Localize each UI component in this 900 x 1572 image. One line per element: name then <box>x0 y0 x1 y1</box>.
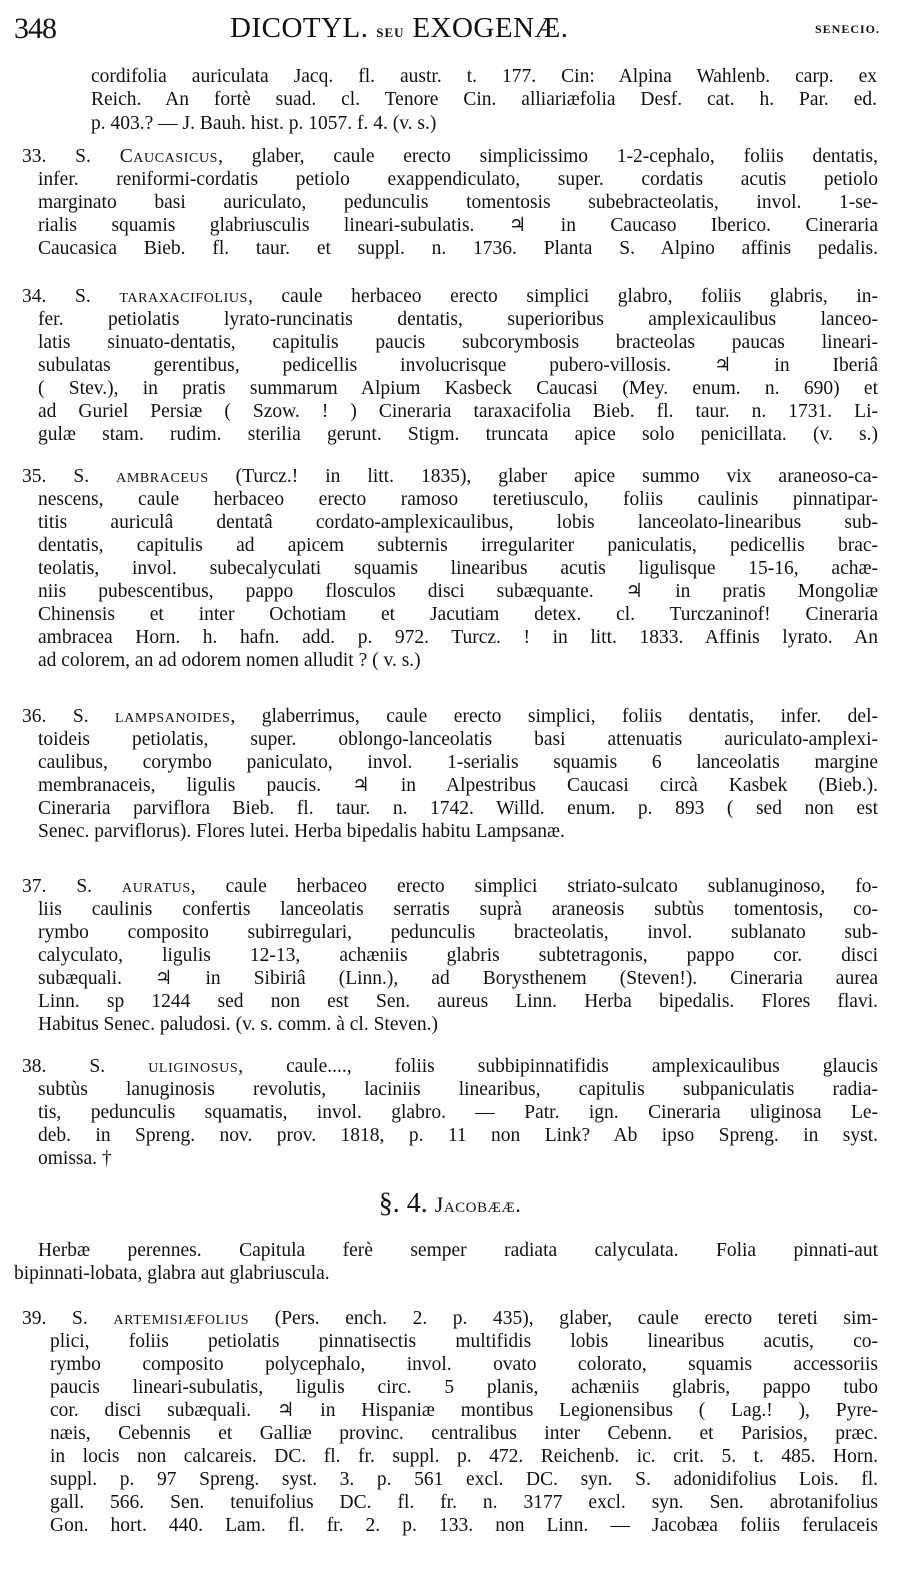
species-name: auratus <box>122 876 191 897</box>
text-line: marginato basi auriculato, pedunculis to… <box>38 192 878 214</box>
text-line: gall. 566. Sen. tenuifolius DC. fl. fr. … <box>50 1492 878 1514</box>
text-line: ( Stev.), in pratis summarum Alpium Kasb… <box>38 378 878 400</box>
entry-first-line: 39. S. artemisiæfolius (Pers. ench. 2. p… <box>22 1308 878 1330</box>
text-line: cordifolia auriculata Jacq. fl. austr. t… <box>91 66 877 88</box>
text-line: paucis lineari-subulatis, ligulis circ. … <box>50 1377 878 1399</box>
text-line: p. 403.? — J. Bauh. hist. p. 1057. f. 4.… <box>91 113 436 135</box>
text-line: Caucasica Bieb. fl. taur. et suppl. n. 1… <box>38 238 878 260</box>
text-line: latis sinuato-dentatis, capitulis paucis… <box>38 332 878 354</box>
text-line: ad colorem, an ad odorem nomen alludit ?… <box>38 650 421 672</box>
title-part1: DICOTYL. <box>230 12 369 44</box>
entry-number: 37. <box>22 876 46 897</box>
text-line: ambracea Horn. h. hafn. add. p. 972. Tur… <box>38 627 878 649</box>
text-line: calyculato, ligulis 12-13, achæniis glab… <box>38 945 878 967</box>
text-line: ad Guriel Persiæ ( Szow. ! ) Cineraria t… <box>38 401 878 423</box>
genus-label: SENECIO. <box>815 22 880 37</box>
text-line: , caule herbaceo erecto simplici striato… <box>191 876 878 897</box>
text-line: Gon. hort. 440. Lam. fl. fr. 2. p. 133. … <box>50 1515 878 1537</box>
entry-first-line: 38. S. uliginosus, caule...., foliis sub… <box>22 1056 878 1078</box>
running-header: 348 DICOTYL. seu EXOGENÆ. SENECIO. <box>0 10 900 50</box>
text-line: membranaceis, ligulis paucis. ♃ in Alpes… <box>38 775 878 797</box>
entry-number: 38. <box>22 1056 46 1077</box>
text-line: infer. reniformi-cordatis petiolo exappe… <box>38 169 878 191</box>
text-line: næis, Cebennis et Galliæ provinc. centra… <box>50 1423 878 1445</box>
text-line: liis caulinis confertis lanceolatis serr… <box>38 899 878 921</box>
entry-first-line: 34. S. taraxacifolius, caule herbaceo er… <box>22 286 878 308</box>
entry-first-line: 36. S. lampsanoides, glaberrimus, caule … <box>22 706 878 728</box>
text-line: rymbo composito polycephalo, invol. ovat… <box>50 1354 878 1376</box>
text-line: dentatis, capitulis ad apicem subternis … <box>38 535 878 557</box>
species-name: uliginosus <box>148 1056 238 1077</box>
text-line: tis, pedunculis squamatis, invol. glabro… <box>38 1102 878 1124</box>
text-line: Reich. An fortè suad. cl. Tenore Cin. al… <box>91 89 877 111</box>
text-line: suppl. p. 97 Spreng. syst. 3. p. 561 exc… <box>50 1469 878 1491</box>
running-title: DICOTYL. seu EXOGENÆ. <box>230 12 569 45</box>
text-line: rialis squamis glabriusculis lineari-sub… <box>38 215 878 237</box>
text-line: titis auriculâ dentatâ cordato-amplexica… <box>38 512 878 534</box>
section-symbol: §. 4. <box>379 1188 428 1219</box>
entry-first-line: 35. S. ambraceus (Turcz.! in litt. 1835)… <box>22 466 878 488</box>
text-line: , caule herbaceo erecto simplici glabro,… <box>248 286 878 307</box>
entry-number: 39. <box>22 1308 46 1329</box>
title-part2: seu <box>376 21 404 42</box>
species-name: ambraceus <box>116 466 209 487</box>
species-name: taraxacifolius <box>119 286 248 307</box>
genus-abbr: S. <box>76 876 92 897</box>
species-name: artemisiæfolius <box>113 1308 249 1329</box>
genus-abbr: S. <box>75 286 91 307</box>
section-heading: §. 4. Jacobææ. <box>0 1188 900 1220</box>
text-line: omissa. † <box>38 1148 112 1170</box>
text-line: (Turcz.! in litt. 1835), glaber apice su… <box>209 466 878 487</box>
text-line: Habitus Senec. paludosi. (v. s. comm. à … <box>38 1014 438 1036</box>
text-line: toideis petiolatis, super. oblongo-lance… <box>38 729 878 751</box>
section-intro-line: Herbæ perennes. Capitula ferè semper rad… <box>38 1240 878 1262</box>
entry-number: 36. <box>22 706 46 727</box>
text-line: niis pubescentibus, pappo flosculos disc… <box>38 581 878 603</box>
text-line: Chinensis et inter Ochotiam et Jacutiam … <box>38 604 878 626</box>
text-line: in locis non calcareis. DC. fl. fr. supp… <box>50 1446 878 1468</box>
genus-abbr: S. <box>89 1056 105 1077</box>
species-name: lampsanoides <box>115 706 230 727</box>
text-line: (Pers. ench. 2. p. 435), glaber, caule e… <box>249 1308 878 1329</box>
text-line: deb. in Spreng. nov. prov. 1818, p. 11 n… <box>38 1125 878 1147</box>
text-line: subtùs lanuginosis revolutis, laciniis l… <box>38 1079 878 1101</box>
genus-abbr: S. <box>72 1308 88 1329</box>
book-page: 348 DICOTYL. seu EXOGENÆ. SENECIO. cordi… <box>0 0 900 1572</box>
text-line: , caule...., foliis subbipinnatifidis am… <box>238 1056 878 1077</box>
text-line: plici, foliis petiolatis pinnatisectis m… <box>50 1331 878 1353</box>
text-line: Linn. sp 1244 sed non est Sen. aureus Li… <box>38 991 878 1013</box>
genus-abbr: S. <box>75 146 91 167</box>
text-line: caulibus, corymbo paniculato, invol. 1-s… <box>38 752 878 774</box>
text-line: subulatas gerentibus, pedicellis involuc… <box>38 355 878 377</box>
text-line: , glaberrimus, caule erecto simplici, fo… <box>230 706 878 727</box>
text-line: teolatis, invol. subecalyculati squamis … <box>38 558 878 580</box>
text-line: subæquali. ♃ in Sibiriâ (Linn.), ad Bory… <box>38 968 878 990</box>
text-line: nescens, caule herbaceo erecto ramoso te… <box>38 489 878 511</box>
title-part3: EXOGENÆ. <box>412 12 568 44</box>
entry-first-line: 33. S. Caucasicus, glaber, caule erecto … <box>22 146 878 168</box>
text-line: Senec. parviflorus). Flores lutei. Herba… <box>38 821 565 843</box>
text-line: rymbo composito subirregulari, pedunculi… <box>38 922 878 944</box>
text-line: cor. disci subæquali. ♃ in Hispaniæ mont… <box>50 1400 878 1422</box>
entry-number: 34. <box>22 286 46 307</box>
section-intro-line: bipinnati-lobata, glabra aut glabriuscul… <box>14 1263 330 1285</box>
section-title: Jacobææ. <box>435 1192 521 1217</box>
text-line: gulæ stam. rudim. sterilia gerunt. Stigm… <box>38 424 878 446</box>
entry-number: 35. <box>22 466 46 487</box>
species-name: Caucasicus <box>120 146 218 167</box>
text-line: , glaber, caule erecto simplicissimo 1-2… <box>218 146 878 167</box>
text-line: Cineraria parviflora Bieb. fl. taur. n. … <box>38 798 878 820</box>
entry-first-line: 37. S. auratus, caule herbaceo erecto si… <box>22 876 878 898</box>
page-number: 348 <box>14 12 56 46</box>
genus-abbr: S. <box>73 706 89 727</box>
text-line: fer. petiolatis lyrato-runcinatis dentat… <box>38 309 878 331</box>
entry-number: 33. <box>22 146 46 167</box>
genus-abbr: S. <box>73 466 89 487</box>
